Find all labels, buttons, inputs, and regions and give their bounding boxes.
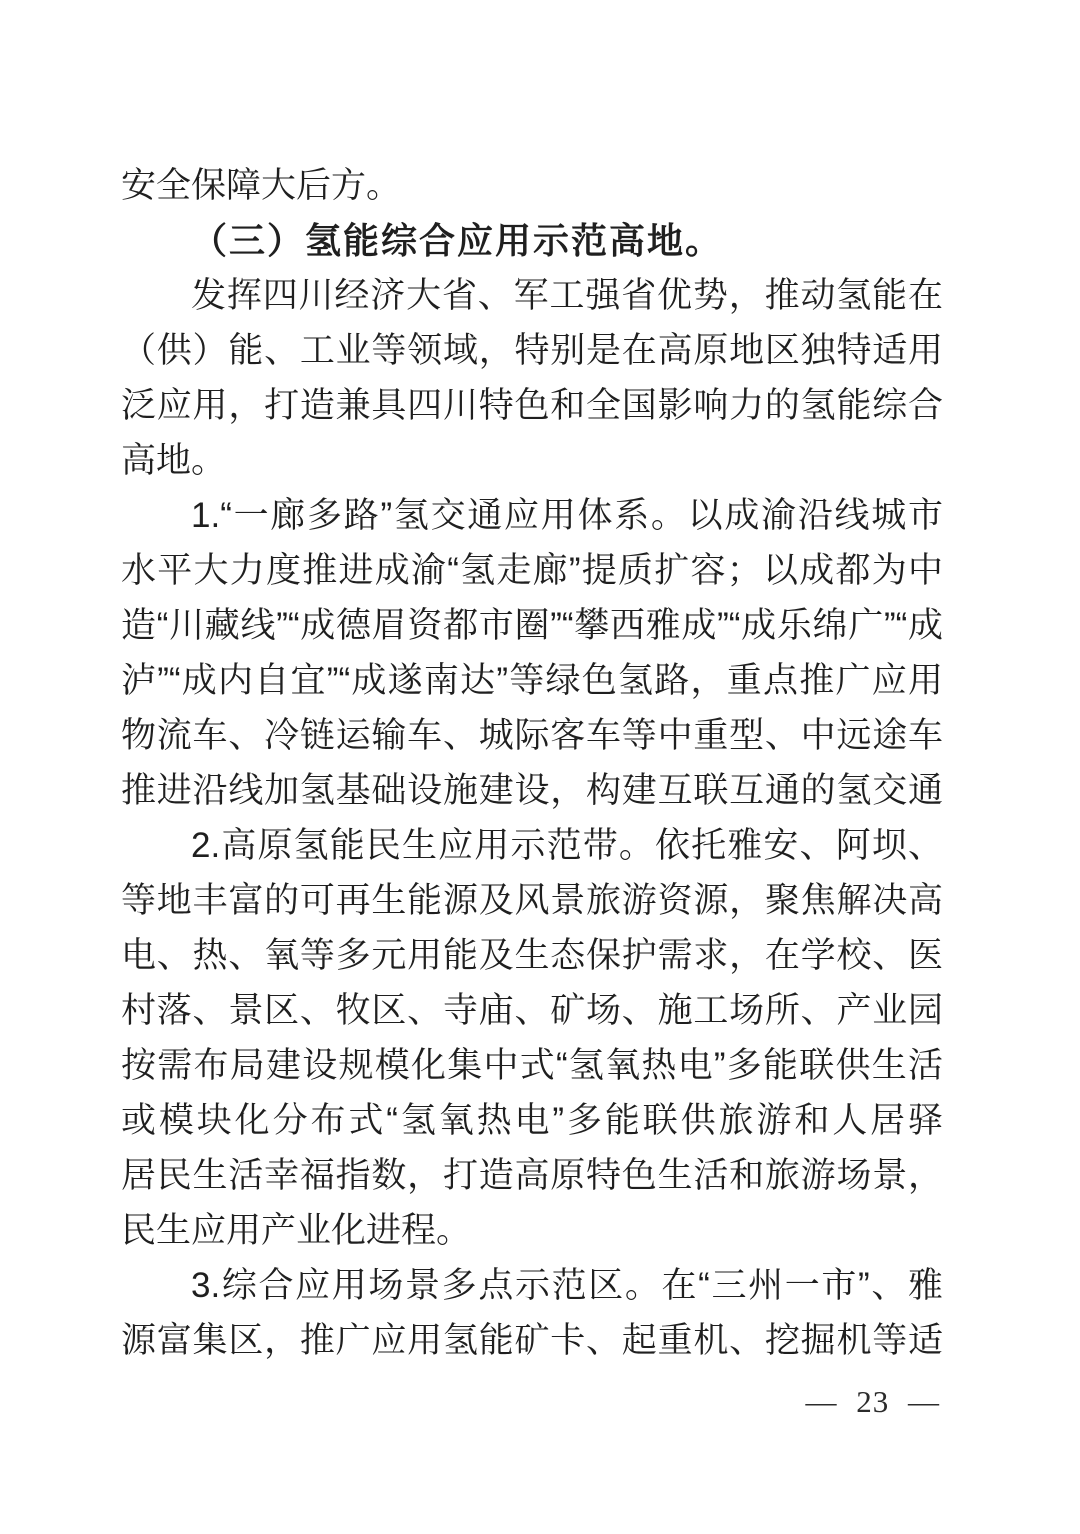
body-text-line: 泸”“成内自宜”“成遂南达”等绿色氢路，重点推广应用氢能重卡、 [121,653,943,708]
section-heading: （三）氢能综合应用示范高地。 [121,213,943,268]
body-text-line: 居民生活幸福指数，打造高原特色生活和旅游场景，推进氢能 [121,1148,943,1203]
document-page: 安全保障大后方。 （三）氢能综合应用示范高地。 发挥四川经济大省、军工强省优势，… [0,0,1080,1534]
body-text-line: 等地丰富的可再生能源及风景旅游资源，聚焦解决高海拔地区 [121,873,943,928]
body-text-line: 造“川藏线”“成德眉资都市圈”“攀西雅成”“成乐绵广”“成资自 [121,598,943,653]
body-text-line: 源富集区，推广应用氢能矿卡、起重机、挖掘机等适用先进技 [121,1313,943,1368]
body-text-line: 物流车、冷链运输车、城际客车等中重型、中远途车辆；同步 [121,708,943,763]
body-text-line: 泛应用，打造兼具四川特色和全国影响力的氢能综合应用示范 [121,378,943,433]
document-text-block: 安全保障大后方。 （三）氢能综合应用示范高地。 发挥四川经济大省、军工强省优势，… [121,158,943,1368]
body-text-line: 安全保障大后方。 [121,158,943,213]
body-text-line: 或模块化分布式“氢氧热电”多能联供旅游和人居驿站，提升当地 [121,1093,943,1148]
body-text-line: 水平大力度推进成渝“氢走廊”提质扩容；以成都为中心，分批打 [121,543,943,598]
body-text-line: 推进沿线加氢基础设施建设，构建互联互通的氢交通应用网络。 [121,763,943,818]
body-text-line: 村落、景区、牧区、寺庙、矿场、施工场所、产业园区等场景 [121,983,943,1038]
numbered-item-line: 2.高原氢能民生应用示范带。依托雅安、阿坝、甘孜、凉山 [121,818,943,873]
numbered-item-line: 1.“一廊多路”氢交通应用体系。以成渝沿线城市为支点，高 [121,488,943,543]
page-number: — 23 — [806,1384,941,1420]
body-text-line: 高地。 [121,433,943,488]
body-text-line: 按需布局建设规模化集中式“氢氧热电”多能联供生活服务设施 [121,1038,943,1093]
body-text-line: 电、热、氧等多元用能及生态保护需求，在学校、医院、聚居 [121,928,943,983]
body-text-line: （供）能、工业等领域，特别是在高原地区独特适用场景的广 [121,323,943,378]
body-text-line: 民生应用产业化进程。 [121,1203,943,1258]
body-text-line: 发挥四川经济大省、军工强省优势，推动氢能在交通、储 [121,268,943,323]
numbered-item-line: 3.综合应用场景多点示范区。在“三州一市”、雅安等矿产资 [121,1258,943,1313]
